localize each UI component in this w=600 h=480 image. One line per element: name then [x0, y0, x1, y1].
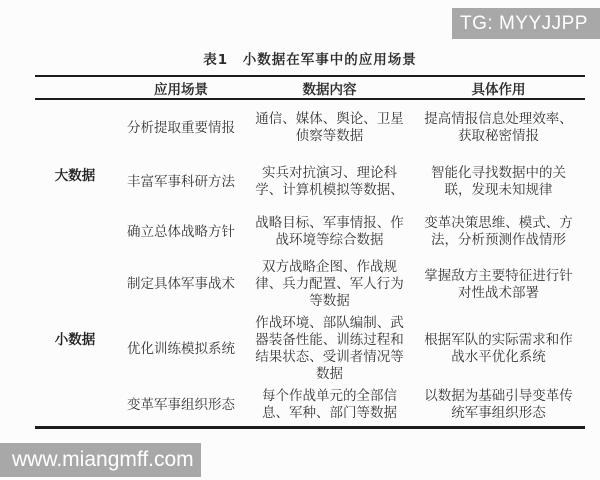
scenario-cell: 分析提取重要情报: [115, 99, 247, 156]
table-row: 丰富军事科研方法 实兵对抗演习、理论科学、计算机模拟等数据、 智能化寻找数据中的…: [35, 156, 585, 208]
table-row: 变革军事组织形态 每个作战单元的全部信息、军种、部门等数据 以数据为基础引导变革…: [35, 385, 585, 427]
content-cell: 双方战略企图、作战规律、兵力配置、军人行为等数据: [247, 256, 412, 313]
content-cell: 作战环境、部队编制、武器装备性能、训练过程和结果状态、受训者情况等数据: [247, 313, 412, 385]
watermark-bottom-left: www.miangmff.com: [0, 443, 201, 477]
effect-cell: 以数据为基础引导变革传统军事组织形态: [412, 385, 585, 427]
header-group-spacer: [35, 76, 115, 99]
effect-cell: 根据军队的实际需求和作战水平优化系统: [412, 313, 585, 385]
header-content: 数据内容: [247, 76, 412, 99]
content-cell: 实兵对抗演习、理论科学、计算机模拟等数据、: [247, 156, 412, 208]
table-row: 确立总体战略方针 战略目标、军事情报、作战环境等综合数据 变革决策思维、模式、方…: [35, 208, 585, 256]
effect-cell: 智能化寻找数据中的关联，发现未知规律: [412, 156, 585, 208]
scenario-cell: 确立总体战略方针: [115, 208, 247, 256]
table-row: 制定具体军事战术 双方战略企图、作战规律、兵力配置、军人行为等数据 掌握敌方主要…: [35, 256, 585, 313]
table-row: 小数据 优化训练模拟系统 作战环境、部队编制、武器装备性能、训练过程和结果状态、…: [35, 313, 585, 385]
effect-cell: 掌握敌方主要特征进行针对性战术部署: [412, 256, 585, 313]
scenario-cell: 制定具体军事战术: [115, 256, 247, 313]
watermark-top-right: TG: MYYJJPP: [452, 8, 600, 39]
effect-cell: 变革决策思维、模式、方法，分析预测作战情形: [412, 208, 585, 256]
header-row: 应用场景 数据内容 具体作用: [35, 76, 585, 99]
group-label-bigdata: 大数据: [35, 99, 115, 313]
content-cell: 战略目标、军事情报、作战环境等综合数据: [247, 208, 412, 256]
scenario-cell: 丰富军事科研方法: [115, 156, 247, 208]
scenario-cell: 优化训练模拟系统: [115, 313, 247, 385]
header-scenario: 应用场景: [115, 76, 247, 99]
page: TG: MYYJJPP 表1 小数据在军事中的应用场景 应用场景 数据内容 具体…: [0, 0, 600, 480]
scenario-cell: 变革军事组织形态: [115, 385, 247, 427]
table-row: 大数据 分析提取重要情报 通信、媒体、舆论、卫星侦察等数据 提高情报信息处理效率…: [35, 99, 585, 156]
group-label-smalldata: 小数据: [35, 313, 115, 427]
header-effect: 具体作用: [412, 76, 585, 99]
table-caption: 表1 小数据在军事中的应用场景: [35, 50, 585, 70]
content-cell: 通信、媒体、舆论、卫星侦察等数据: [247, 99, 412, 156]
table-block: 表1 小数据在军事中的应用场景 应用场景 数据内容 具体作用 大数据: [35, 50, 585, 429]
content-cell: 每个作战单元的全部信息、军种、部门等数据: [247, 385, 412, 427]
effect-cell: 提高情报信息处理效率、获取秘密情报: [412, 99, 585, 156]
data-table: 应用场景 数据内容 具体作用 大数据 分析提取重要情报 通信、媒体、舆论、卫星侦…: [35, 75, 585, 429]
